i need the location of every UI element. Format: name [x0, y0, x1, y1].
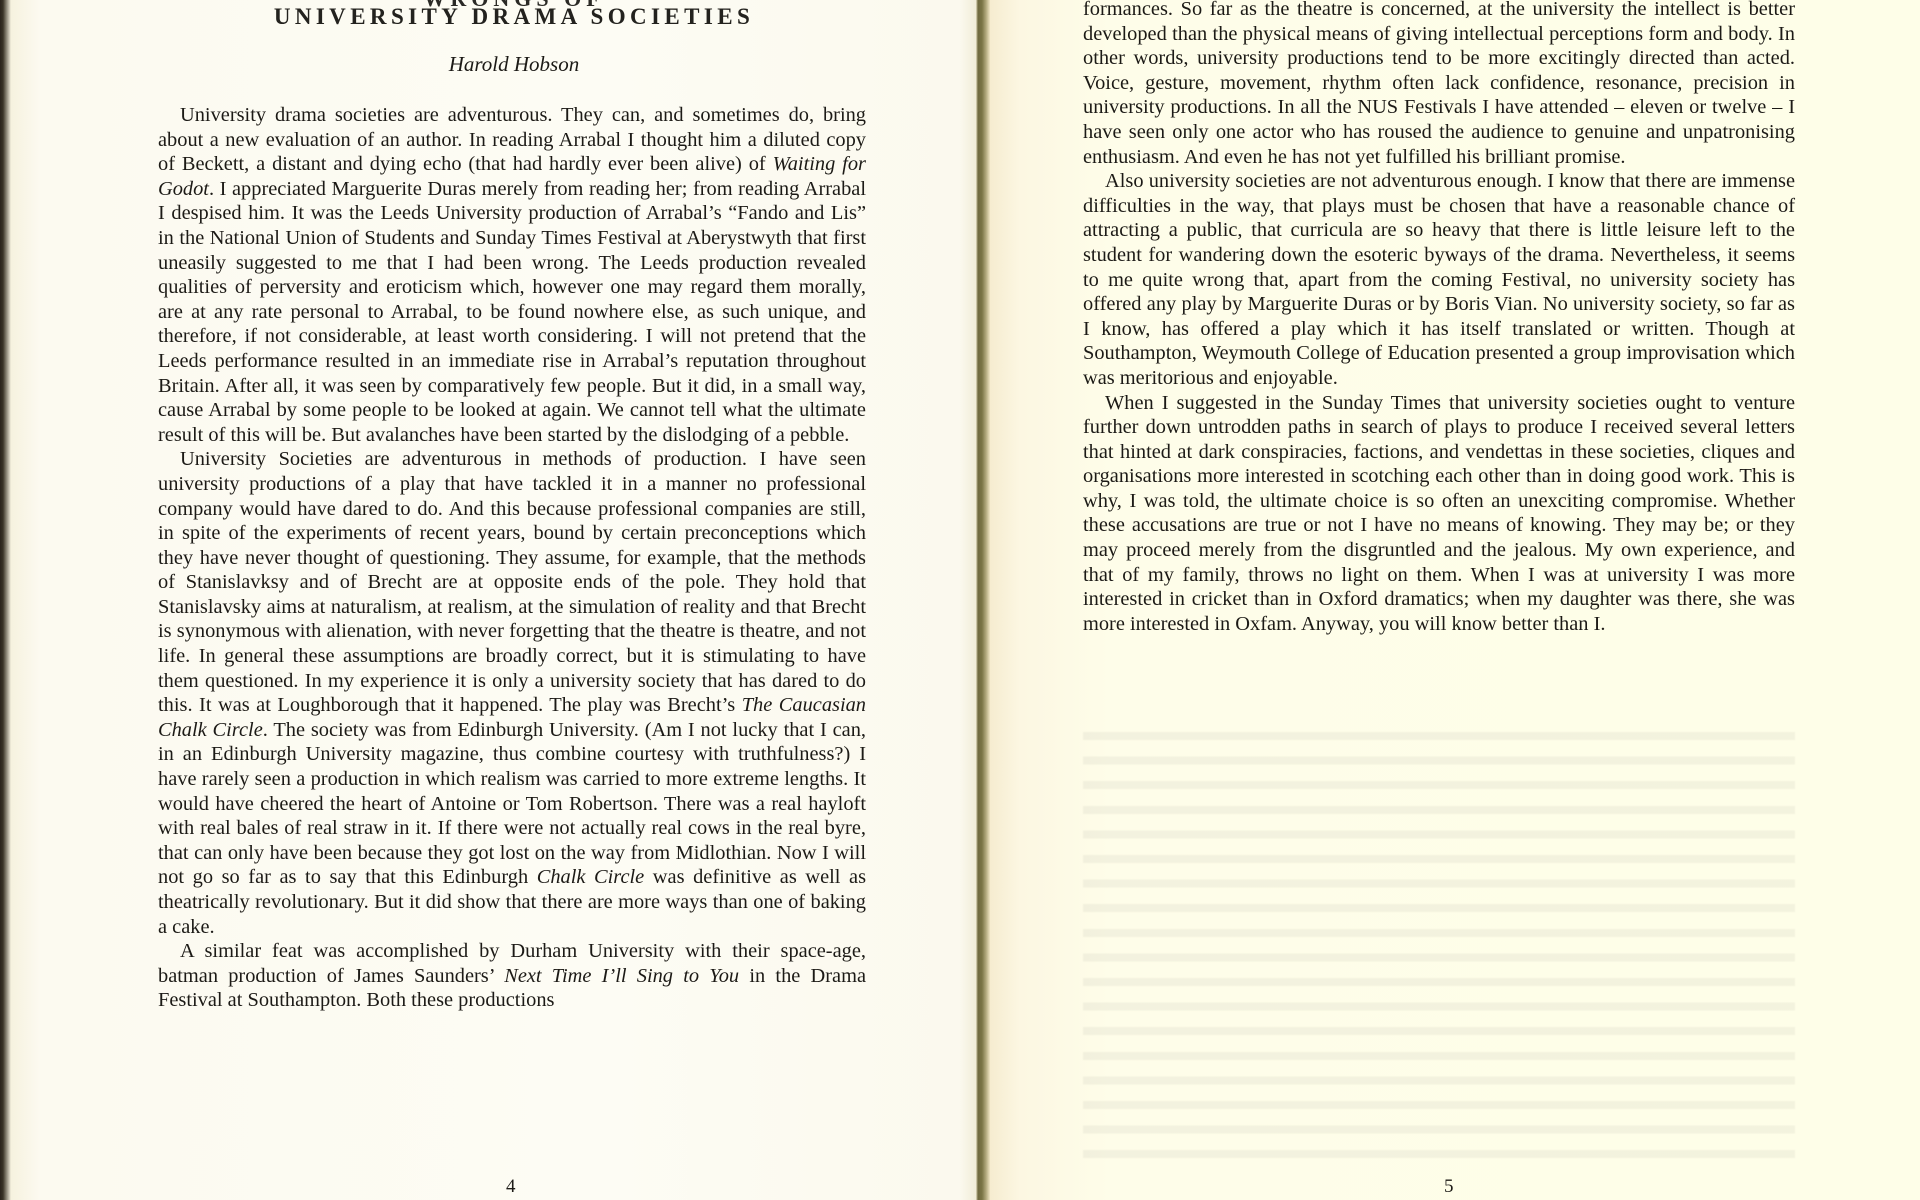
paragraph: Also university societies are not advent… — [1083, 169, 1795, 390]
text-run: Also university societies are not advent… — [1083, 170, 1795, 389]
paragraph: University drama societies are adventuro… — [158, 103, 866, 447]
text-run: When I suggested in the Sunday Times tha… — [1083, 392, 1795, 635]
left-text-column: University drama societies are adventuro… — [158, 103, 866, 1013]
page-number-right: 5 — [1444, 1176, 1454, 1198]
italic-title: Next Time I’ll Sing to You — [504, 965, 739, 987]
text-run: . The society was from Edinburgh Univers… — [158, 719, 866, 889]
text-run: University drama societies are adventuro… — [158, 104, 866, 175]
left-page: WRONGS OF UNIVERSITY DRAMA SOCIETIES Har… — [0, 0, 978, 1200]
paragraph: When I suggested in the Sunday Times tha… — [1083, 391, 1795, 637]
right-text-column: formances. So far as the theatre is conc… — [1083, 0, 1795, 636]
text-run: . I appreciated Marguerite Duras merely … — [158, 178, 866, 446]
text-run: formances. So far as the theatre is conc… — [1083, 0, 1795, 168]
paragraph: A similar feat was accomplished by Durha… — [158, 939, 866, 1013]
show-through-text — [1083, 720, 1795, 1160]
text-run: University Societies are adventurous in … — [158, 448, 866, 716]
paragraph: formances. So far as the theatre is conc… — [1083, 0, 1795, 169]
book-spread: WRONGS OF UNIVERSITY DRAMA SOCIETIES Har… — [0, 0, 1920, 1200]
book-gutter — [976, 0, 990, 1200]
article-title: UNIVERSITY DRAMA SOCIETIES — [254, 4, 774, 30]
article-author: Harold Hobson — [254, 52, 774, 77]
page-number-left: 4 — [506, 1176, 516, 1198]
paragraph: University Societies are adventurous in … — [158, 447, 866, 939]
italic-title: Chalk Circle — [537, 866, 645, 888]
